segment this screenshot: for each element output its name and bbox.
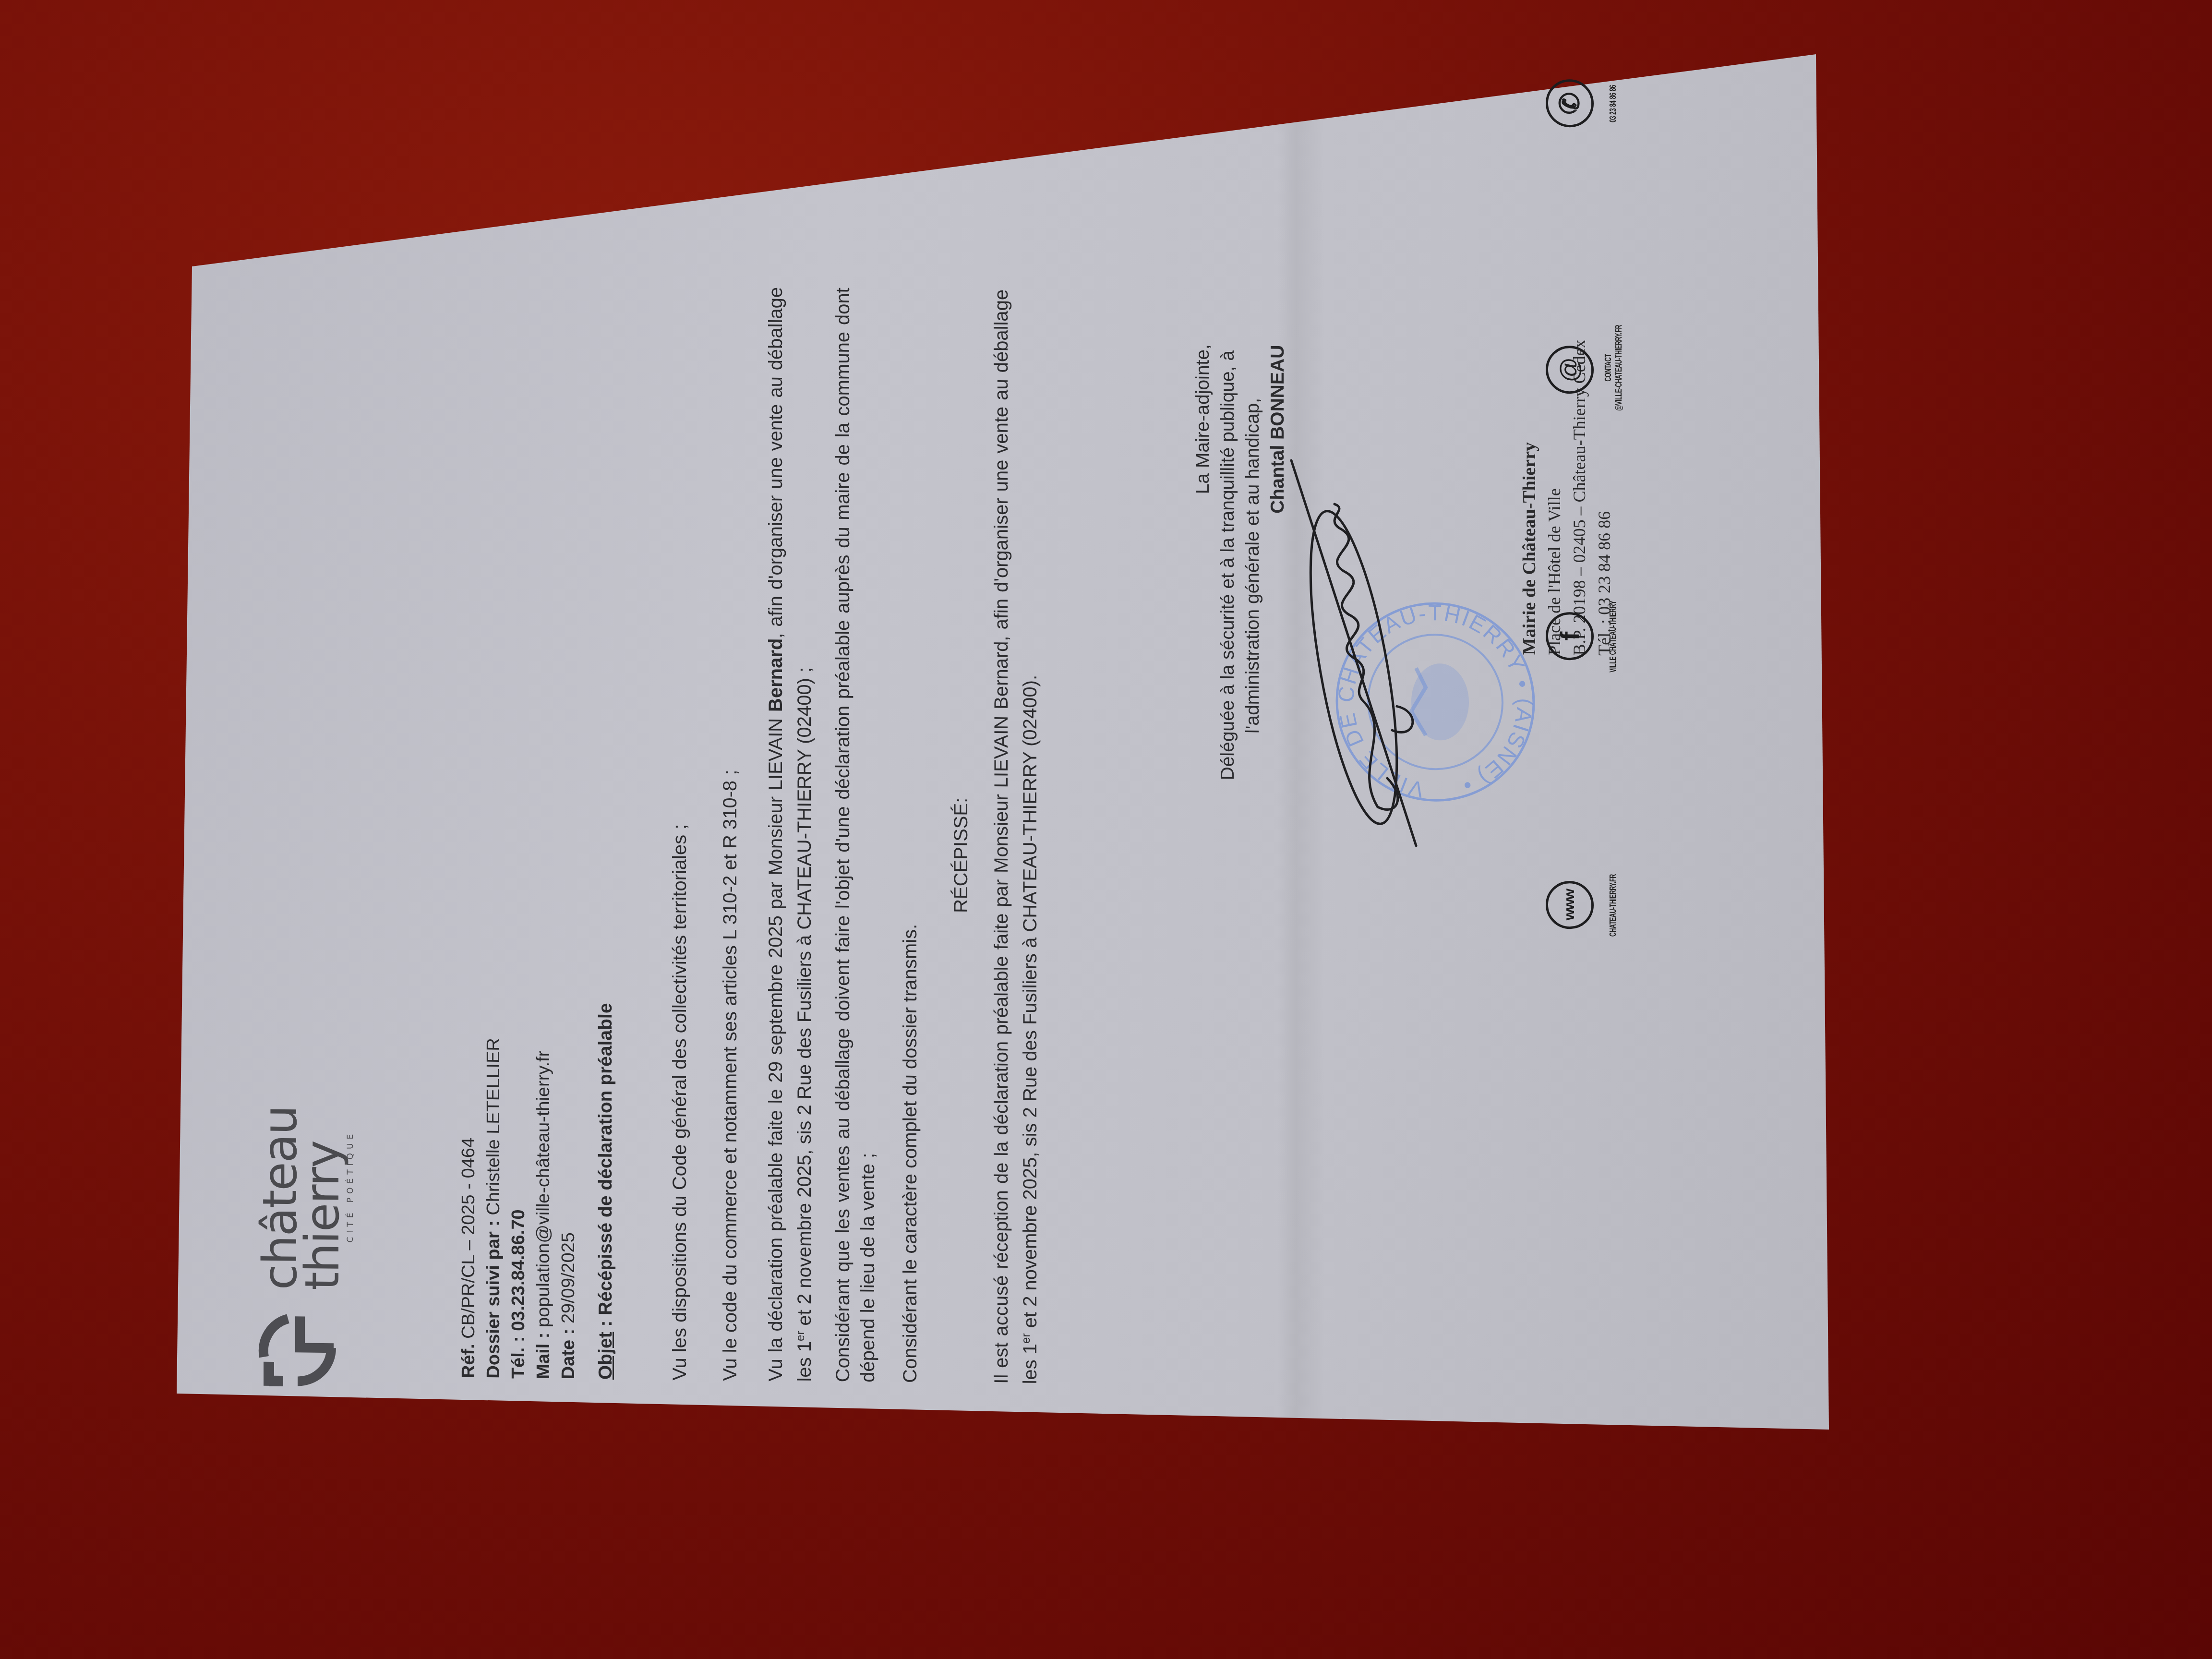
paragraph-considerant-1: Considérant que les ventes au déballage … xyxy=(830,288,880,1382)
dossier-value: Christelle LETELLIER xyxy=(483,1038,504,1221)
www-icon[interactable]: www xyxy=(1546,881,1594,929)
email-icon[interactable]: @ xyxy=(1546,346,1594,394)
facebook-caption[interactable]: VILLE CHÂTEAU-THIERRY xyxy=(1608,593,1619,680)
mail-label: Mail : xyxy=(533,1332,553,1379)
dossier-line: Dossier suivi par : Christelle LETELLIER xyxy=(481,1038,506,1379)
www-caption[interactable]: CHATEAU-THIERRY.FR xyxy=(1608,862,1619,949)
text-run: et 2 novembre 2025, sis 2 Rue des Fusili… xyxy=(1020,675,1041,1334)
phone-glyph: ✆ xyxy=(1554,92,1586,115)
text-run: Vu la déclaration préalable faite le 29 … xyxy=(765,712,786,1382)
paragraph-code-commerce: Vu le code du commerce et notamment ses … xyxy=(718,287,743,1382)
facebook-glyph: f xyxy=(1554,631,1586,640)
text-run: et 2 novembre 2025, sis 2 Rue des Fusili… xyxy=(794,667,815,1331)
tel-line: Tél. : 03.23.84.86.70 xyxy=(506,1038,531,1379)
subject-label: Objet xyxy=(595,1332,616,1380)
superscript: er xyxy=(794,1331,807,1341)
www-glyph: www xyxy=(1562,890,1578,920)
document-page: château thierry CITÉ POÉTIQUE Réf. CB/PR… xyxy=(187,55,1829,1426)
superscript: er xyxy=(1020,1333,1033,1344)
handwritten-signature-icon xyxy=(1234,441,1435,875)
date-line: Date : 29/09/2025 xyxy=(556,1038,581,1379)
mail-value: population@ville-château-thierry.fr xyxy=(533,1050,553,1332)
phone-caption[interactable]: 03 23 84 86 86 xyxy=(1608,60,1619,147)
paragraph-accuse-reception: Il est accusé réception de la déclaratio… xyxy=(989,289,1043,1384)
ref-line: Réf. CB/PR/CL – 2025 - 0464 xyxy=(456,1037,481,1378)
chateau-thierry-logo-icon xyxy=(254,1299,350,1391)
dossier-label: Dossier suivi par : xyxy=(483,1220,504,1379)
facebook-icon[interactable]: f xyxy=(1546,612,1594,661)
logo-wordmark: château thierry CITÉ POÉTIQUE xyxy=(259,1106,355,1291)
logo-tagline: CITÉ POÉTIQUE xyxy=(346,1107,355,1243)
ref-label: Réf. xyxy=(458,1344,479,1378)
signatory-title: La Maire-adjointe, xyxy=(1190,325,1215,805)
paragraph-considerant-2: Considérant le caractère complet du doss… xyxy=(898,288,923,1383)
subject-line: Objet : Récépissé de déclaration préalab… xyxy=(595,1003,616,1380)
ref-value: CB/PR/CL – 2025 - 0464 xyxy=(458,1138,479,1344)
recepisse-heading: RÉCÉPISSÉ: xyxy=(950,798,972,914)
email-caption[interactable]: CONTACT @VILLE-CHATEAU-THIERRY.FR xyxy=(1603,318,1624,418)
subject-value: : Récépissé de déclaration préalable xyxy=(595,1003,616,1332)
date-label: Date : xyxy=(558,1329,578,1380)
town-hall-name: Mairie de Château-Thierry xyxy=(1517,339,1542,655)
paragraph-declaration: Vu la déclaration préalable faite le 29 … xyxy=(763,287,817,1382)
email-glyph: @ xyxy=(1555,357,1584,382)
declarant-name: Bernard xyxy=(765,638,786,712)
reference-block: Réf. CB/PR/CL – 2025 - 0464 Dossier suiv… xyxy=(456,1037,581,1379)
logo-line-2: thierry xyxy=(301,1106,344,1291)
date-value: 29/09/2025 xyxy=(558,1232,578,1329)
mail-line: Mail : population@ville-château-thierry.… xyxy=(531,1038,556,1379)
paragraph-code-general: Vu les dispositions du Code général des … xyxy=(667,286,692,1381)
phone-icon[interactable]: ✆ xyxy=(1546,79,1594,128)
